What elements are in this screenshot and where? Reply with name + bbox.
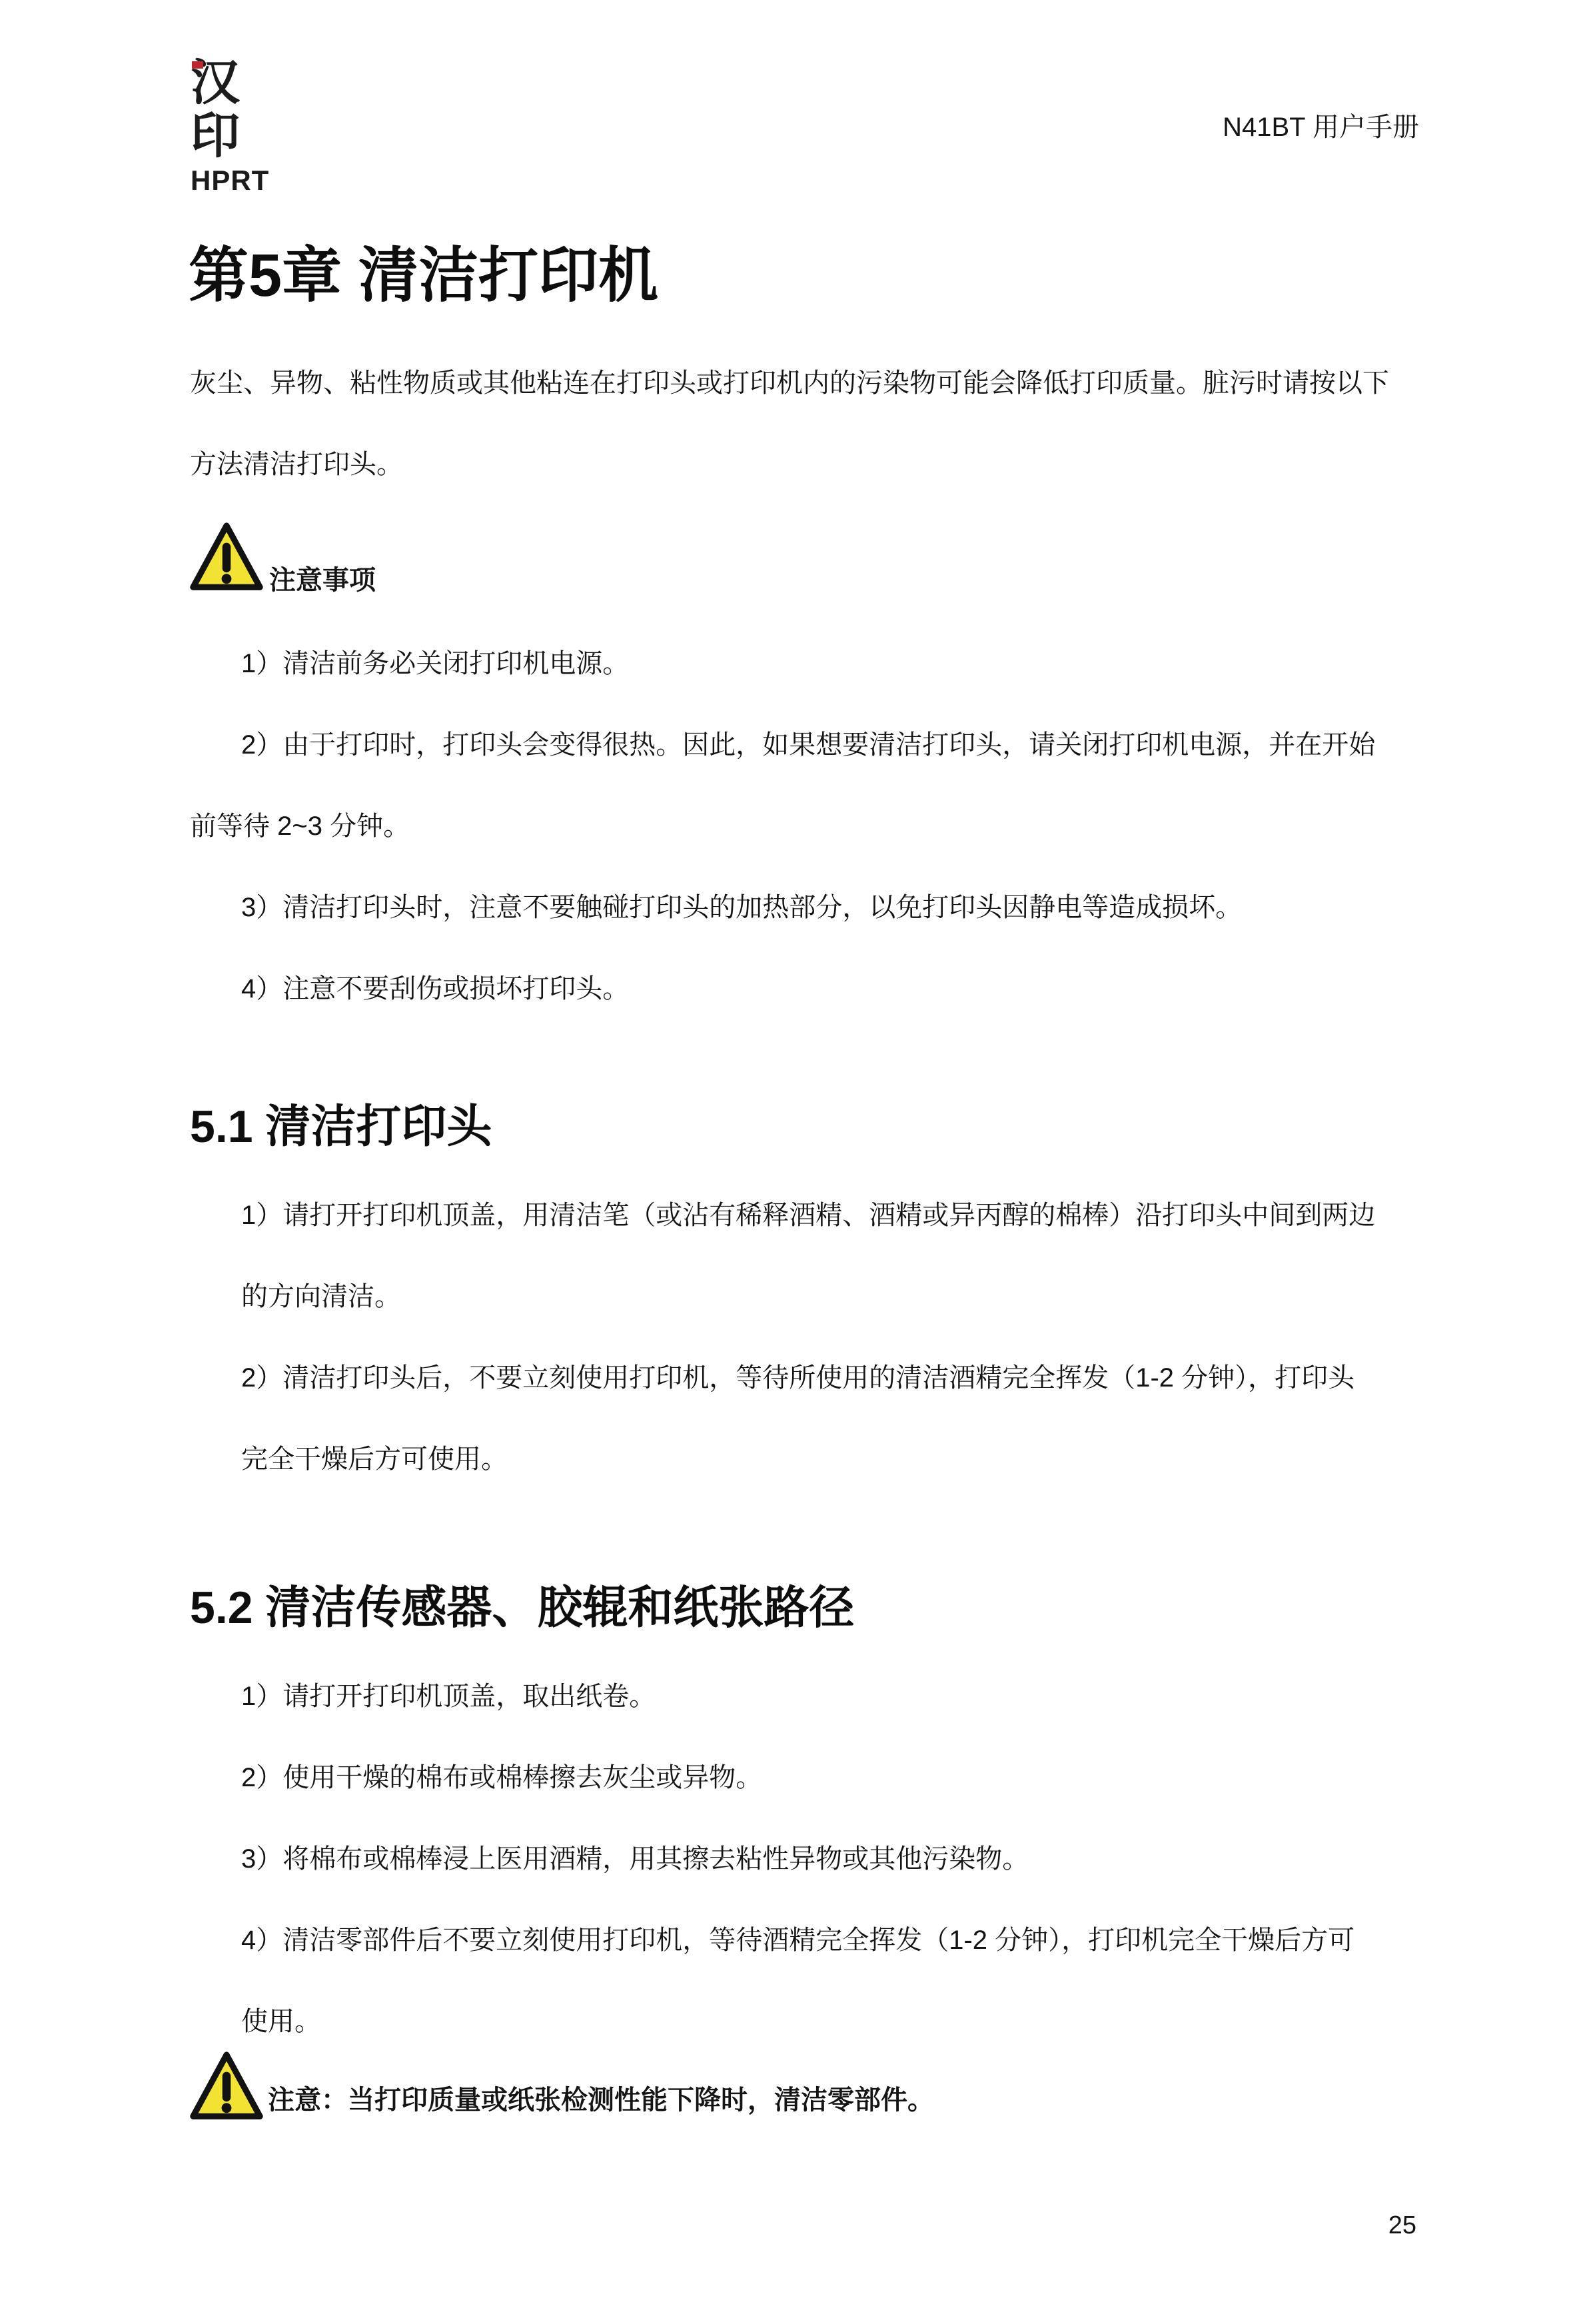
doc-title: N41BT 用户手册 bbox=[1223, 112, 1419, 143]
notice-item-4: 4）注意不要刮伤或损坏打印头。 bbox=[241, 973, 629, 1005]
section-5-1-title: 5.1 清洁打印头 bbox=[190, 1101, 492, 1153]
notice-item-3: 3）清洁打印头时，注意不要触碰打印头的加热部分，以免打印头因静电等造成损坏。 bbox=[241, 891, 1242, 923]
notice-item-2-line-2: 前等待 2~3 分钟。 bbox=[190, 810, 410, 842]
hprt-logo: 汉印 HPRT bbox=[191, 56, 284, 195]
s2-item-1: 1）请打开打印机顶盖，取出纸卷。 bbox=[241, 1680, 656, 1712]
section-5-2-title: 5.2 清洁传感器、胶辊和纸张路径 bbox=[190, 1582, 854, 1634]
s1-item-1-line-1: 1）请打开打印机顶盖，用清洁笔（或沾有稀释酒精、酒精或异丙醇的棉棒）沿打印头中间… bbox=[241, 1199, 1375, 1231]
intro-line-1: 灰尘、异物、粘性物质或其他粘连在打印头或打印机内的污染物可能会降低打印质量。脏污… bbox=[190, 367, 1389, 399]
s1-item-1-line-2: 的方向清洁。 bbox=[241, 1281, 401, 1313]
notice-label: 注意事项 bbox=[269, 564, 376, 596]
s2-item-4-line-2: 使用。 bbox=[241, 2006, 321, 2037]
s2-item-3: 3）将棉布或棉棒浸上医用酒精，用其擦去粘性异物或其他污染物。 bbox=[241, 1843, 1029, 1875]
logo-latin-text: HPRT bbox=[191, 167, 284, 195]
s2-item-4-line-1: 4）清洁零部件后不要立刻使用打印机，等待酒精完全挥发（1-2 分钟），打印机完全… bbox=[241, 1924, 1354, 1956]
s2-item-2: 2）使用干燥的棉布或棉棒擦去灰尘或异物。 bbox=[241, 1762, 762, 1794]
notice-item-2-line-1: 2）由于打印时，打印头会变得很热。因此，如果想要清洁打印头，请关闭打印机电源，并… bbox=[241, 729, 1375, 761]
footer-note: 注意：当打印质量或纸张检测性能下降时，清洁零部件。 bbox=[268, 2084, 934, 2116]
s1-item-2-line-1: 2）清洁打印头后，不要立刻使用打印机，等待所使用的清洁酒精完全挥发（1-2 分钟… bbox=[241, 1362, 1354, 1394]
warning-triangle-icon bbox=[189, 520, 264, 596]
warning-triangle-icon bbox=[189, 2049, 264, 2125]
page-number: 25 bbox=[1388, 2209, 1416, 2241]
logo-hanzi-text: 汉印 bbox=[191, 56, 284, 163]
logo-red-accent bbox=[192, 61, 203, 69]
chapter-title: 第5章 清洁打印机 bbox=[189, 241, 658, 310]
intro-line-2: 方法清洁打印头。 bbox=[190, 448, 403, 480]
notice-item-1: 1）清洁前务必关闭打印机电源。 bbox=[241, 648, 629, 680]
manual-page: 汉印 HPRT N41BT 用户手册 第5章 清洁打印机 灰尘、异物、粘性物质或… bbox=[0, 0, 1583, 2324]
s1-item-2-line-2: 完全干燥后方可使用。 bbox=[241, 1443, 508, 1475]
